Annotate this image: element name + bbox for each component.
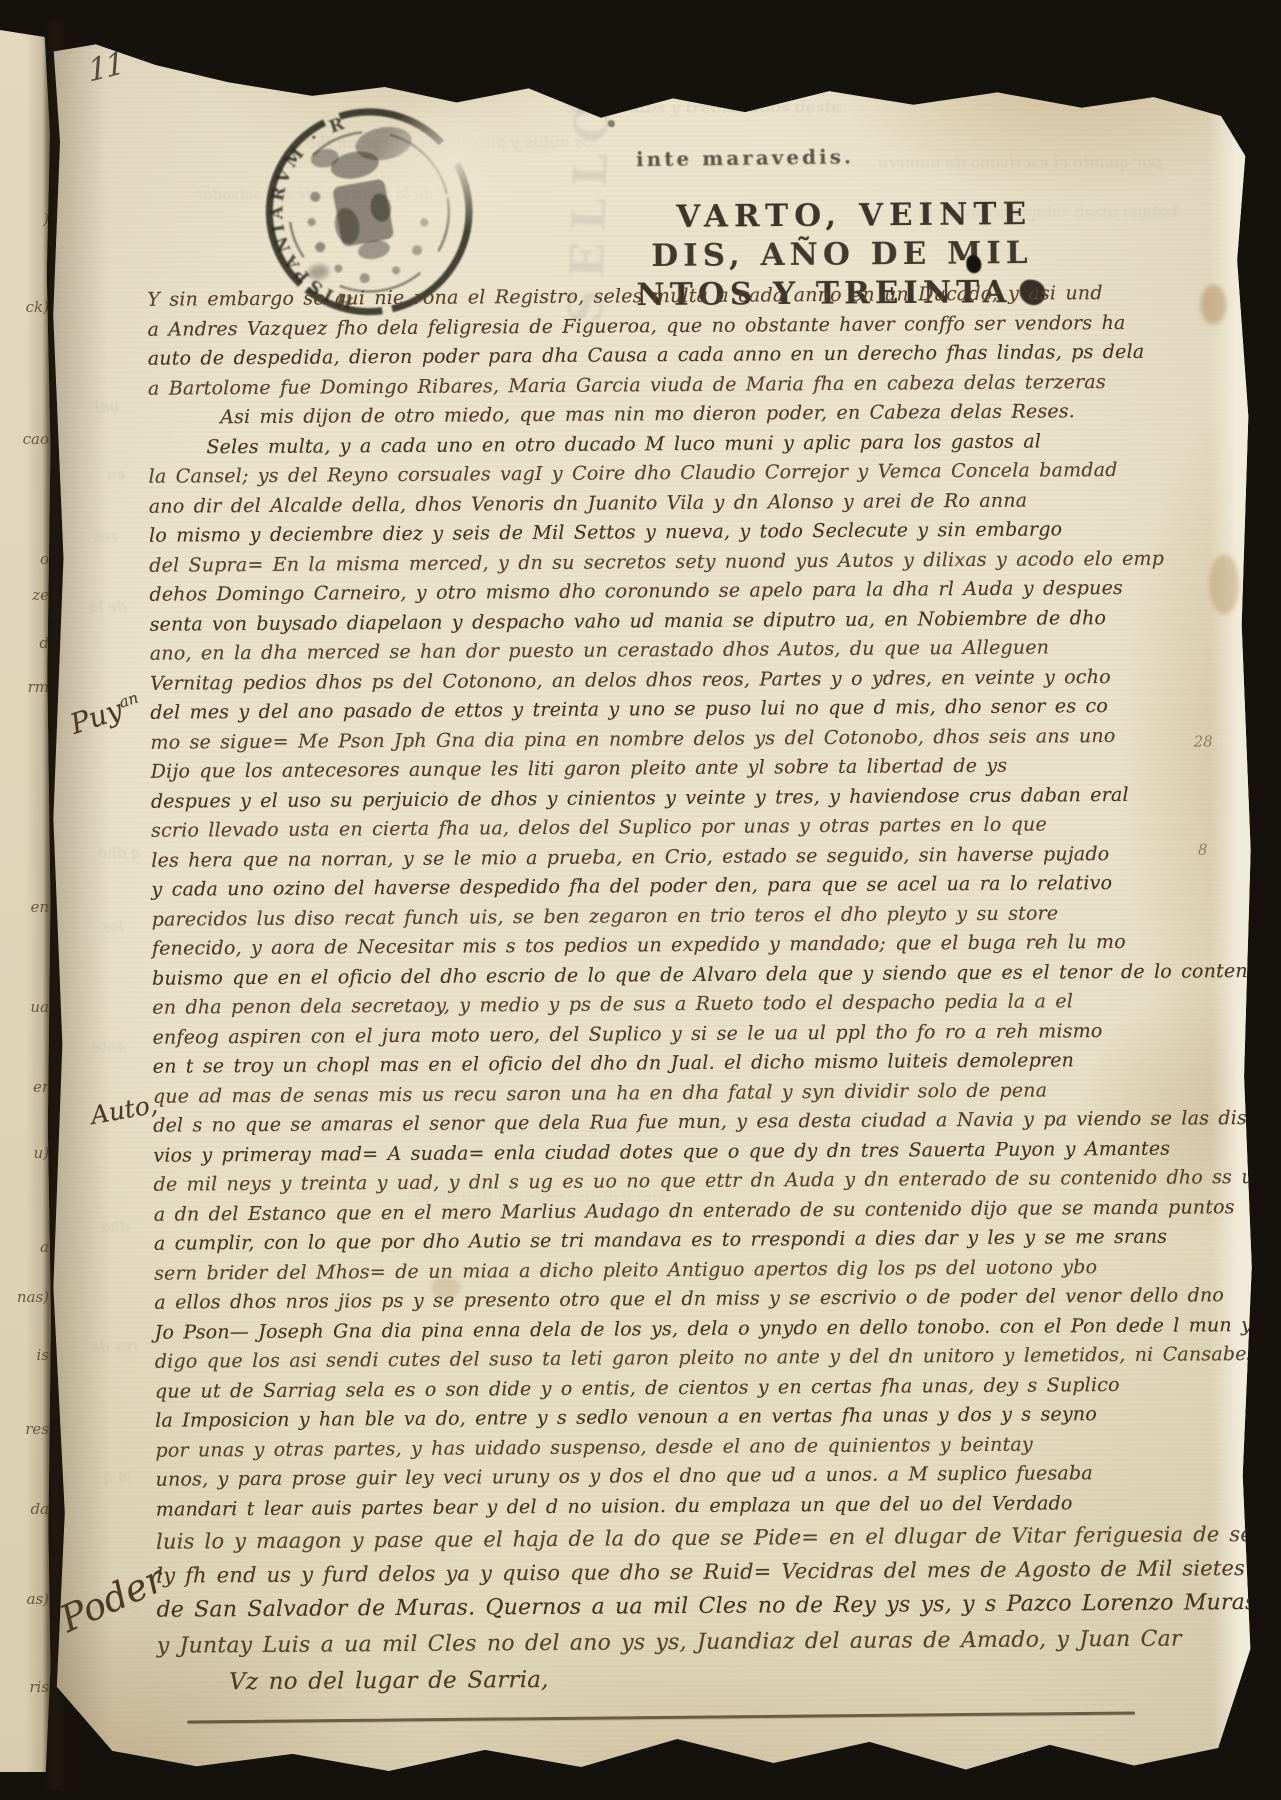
showthrough-text: de la xyxy=(89,597,126,615)
showthrough-text: q dho xyxy=(98,843,141,861)
showthrough-text: ros xyxy=(93,527,117,545)
showthrough-text: ante xyxy=(92,1037,126,1055)
archival-scan: { "document": { "folio_number": "11", "p… xyxy=(0,0,1281,1800)
margin-note: Auto, xyxy=(89,1090,160,1130)
manuscript-page: sello qvarto veinte maravedis año de mil… xyxy=(48,34,1255,1773)
foxing-stain xyxy=(1209,554,1239,614)
showthrough-text: setecientos y treinta años deste xyxy=(568,97,842,118)
ink-speck xyxy=(684,70,693,81)
seal-faded-area xyxy=(378,92,528,232)
edge-marks: 288 xyxy=(48,34,1250,37)
foxing-stain xyxy=(1200,284,1226,324)
showthrough-text: la q xyxy=(103,1467,131,1485)
showthrough-text: ua) xyxy=(95,397,120,415)
margin-notes: PuyanAuto,Poder xyxy=(48,34,1250,37)
showthrough-list: sello qvarto veinte maravedis año de mil… xyxy=(48,34,1250,37)
manuscript-line: Vz no del lugar de Sarria, xyxy=(229,1657,1255,1701)
ink-speck xyxy=(966,255,981,273)
margin-note: Puyan xyxy=(66,687,145,741)
margin-note: Poder xyxy=(54,1557,171,1641)
showthrough-text: res de xyxy=(91,1337,138,1355)
showthrough-text: sello qvarto veinte maravedis año de mil xyxy=(468,62,838,84)
foxing-stain xyxy=(431,1276,461,1298)
showthrough-text: los xyxy=(102,917,124,935)
showthrough-text: en xyxy=(107,465,126,483)
folio-number: 11 xyxy=(86,45,124,90)
manuscript-body: Y sin embargo se qui nie rona el Registr… xyxy=(147,278,1255,1702)
closing-rule xyxy=(187,1711,1135,1723)
showthrough-text: por quanto el escrivano de numero xyxy=(878,153,1162,173)
showthrough-text: dha xyxy=(101,1217,129,1235)
letterpress-maravedis-line: inte maravedis. xyxy=(636,144,854,171)
ink-speck xyxy=(608,120,615,127)
manuscript-line: y Juntay Luis a ua mil Cles no del ano y… xyxy=(157,1621,1255,1665)
letterpress-line-1: VARTO, VEINTE xyxy=(676,196,1032,235)
edge-ink-mark: 28 xyxy=(1194,733,1213,751)
edge-ink-mark: 8 xyxy=(1198,841,1208,859)
